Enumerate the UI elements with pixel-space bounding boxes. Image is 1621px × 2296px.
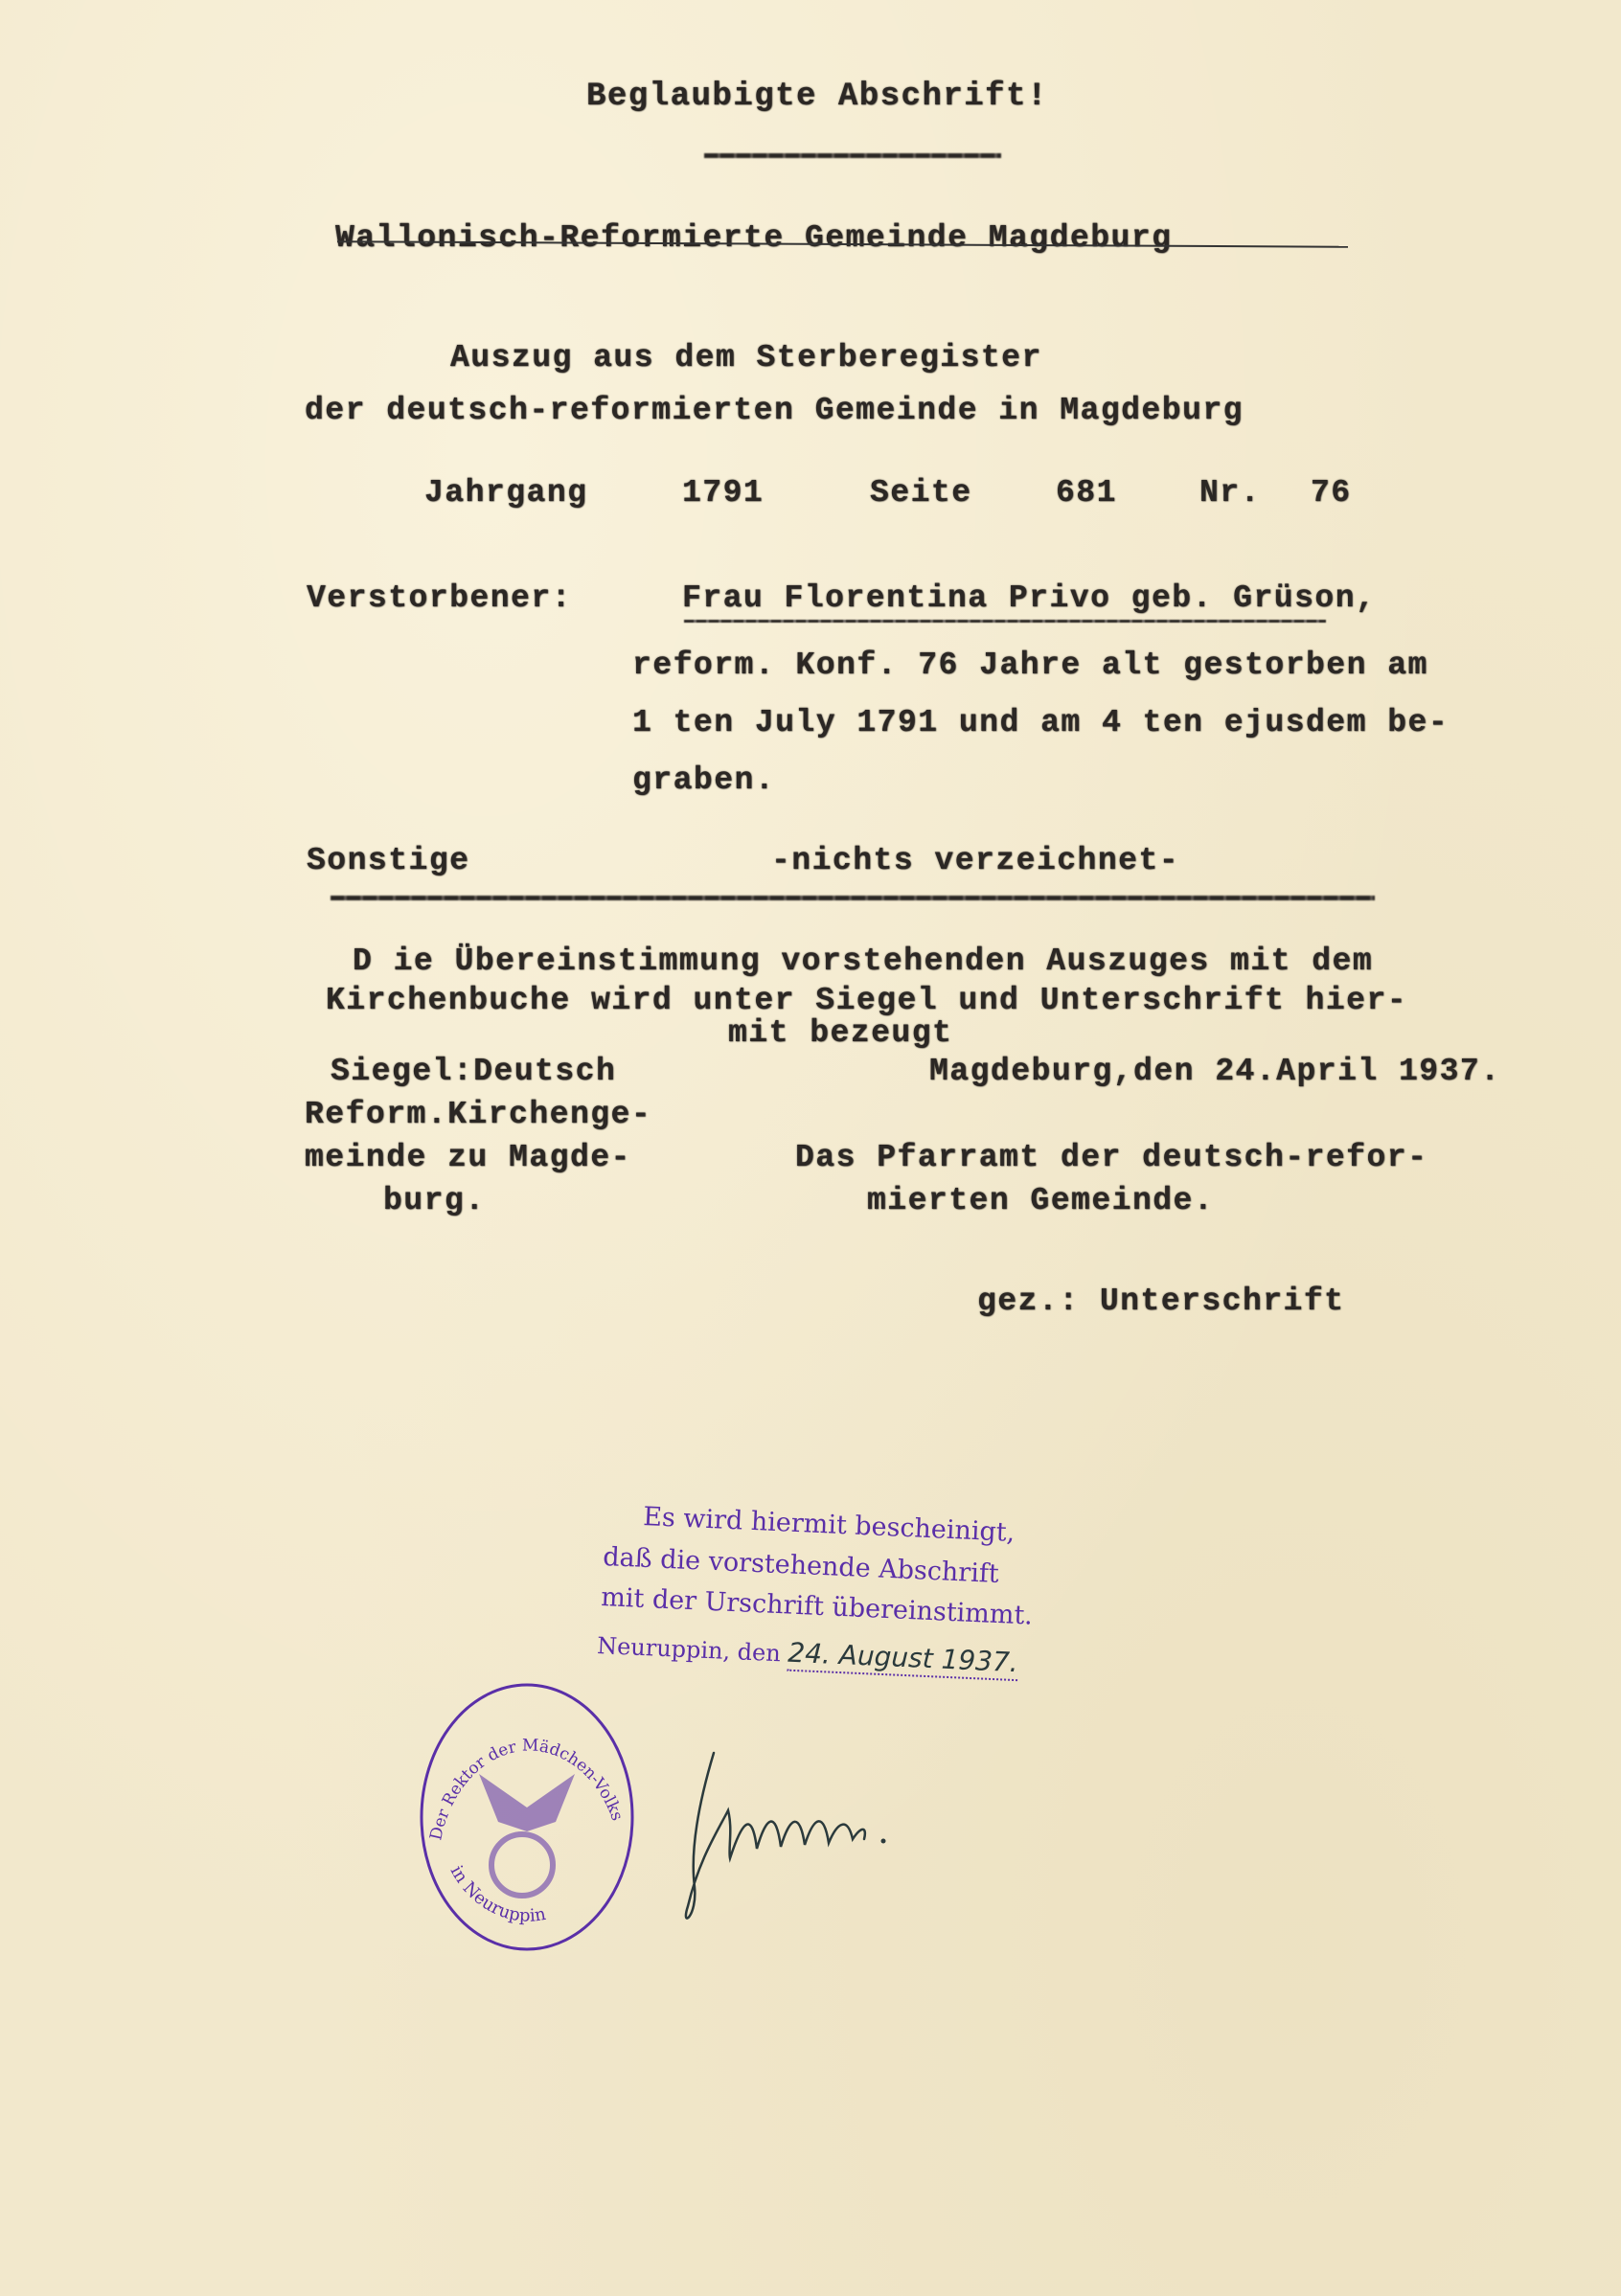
seite-value: 681 <box>1056 475 1117 511</box>
official-seal: Der Rektor der Mädchen-Volksschule in Ne… <box>412 1678 642 1956</box>
signed-note: gez.: Unterschrift <box>977 1284 1344 1319</box>
struck-header: Wallonisch-Reformierte Gemeinde Magdebur… <box>335 220 1172 256</box>
deceased-name: Frau Florentina Privo geb. Grüson, <box>682 580 1376 616</box>
deceased-line-2: reform. Konf. 76 Jahre alt gestorben am <box>632 648 1428 683</box>
seal-note-line-3: meinde zu Magde- <box>305 1140 631 1175</box>
seal-emblem-placeholder-icon <box>479 1774 575 1896</box>
seite-label: Seite <box>870 475 972 511</box>
deceased-line-4: graben. <box>632 762 775 798</box>
place-date: Magdeburg,den 24.April 1937. <box>929 1054 1501 1089</box>
issuer-line-1: Das Pfarramt der deutsch-refor- <box>795 1140 1427 1175</box>
heading-line-1: Auszug aus dem Sterberegister <box>450 340 1042 375</box>
handwritten-signature <box>661 1743 1006 1935</box>
attestation-line-2: Kirchenbuche wird unter Siegel und Unter… <box>326 983 1407 1018</box>
seal-note-line-4: burg. <box>383 1183 486 1218</box>
document-title: Beglaubigte Abschrift! <box>586 79 1048 115</box>
other-value: -nichts verzeichnet- <box>771 843 1179 878</box>
nr-label: Nr. <box>1199 475 1261 511</box>
jahrgang-label: Jahrgang <box>424 475 587 511</box>
attestation-line-3: mit bezeugt <box>728 1015 952 1051</box>
signature-icon <box>661 1743 1006 1935</box>
section-divider <box>331 896 1375 900</box>
name-underline <box>684 620 1326 623</box>
seal-ring-icon: Der Rektor der Mädchen-Volksschule in Ne… <box>412 1678 642 1956</box>
other-label: Sonstige <box>307 843 469 878</box>
title-underline <box>704 153 1001 158</box>
nr-value: 76 <box>1311 475 1352 511</box>
seal-note-line-2: Reform.Kirchenge- <box>305 1097 651 1132</box>
jahrgang-value: 1791 <box>682 475 764 511</box>
attestation-line-1: D ie Übereinstimmung vorstehenden Auszug… <box>353 943 1373 979</box>
seal-note-line-1: Siegel:Deutsch <box>331 1054 616 1089</box>
heading-line-2: der deutsch-reformierten Gemeinde in Mag… <box>305 393 1244 428</box>
deceased-line-3: 1 ten July 1791 und am 4 ten ejusdem be- <box>632 705 1449 740</box>
deceased-label: Verstorbener: <box>307 580 572 616</box>
issuer-line-2: mierten Gemeinde. <box>867 1183 1214 1218</box>
